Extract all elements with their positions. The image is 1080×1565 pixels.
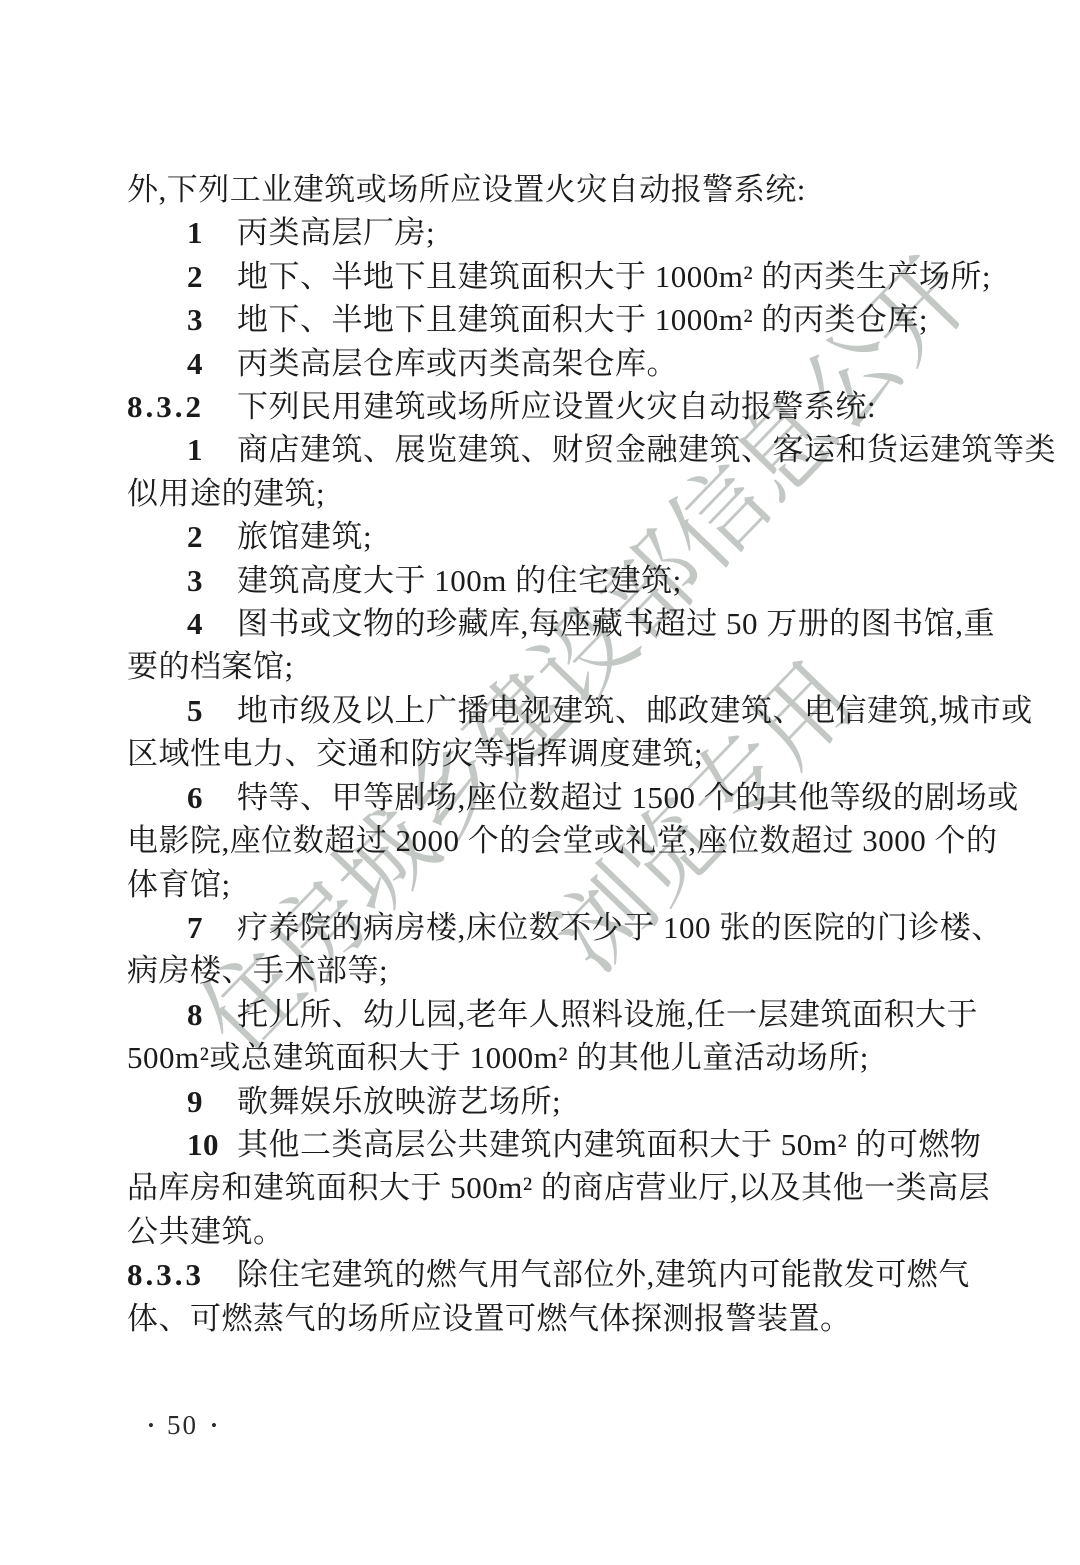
- item-number: 7: [187, 906, 237, 949]
- line-text: 区域性电力、交通和防灾等指挥调度建筑;: [127, 736, 703, 771]
- item-number: 5: [187, 689, 237, 732]
- list-item: 6特等、甲等剧场,座位数超过 1500 个的其他等级的剧场或: [127, 776, 935, 819]
- line-text: 图书或文物的珍藏库,每座藏书超过 50 万册的图书馆,重: [237, 606, 995, 641]
- item-number: 3: [187, 298, 237, 341]
- item-number: 1: [187, 428, 237, 471]
- list-item: 4图书或文物的珍藏库,每座藏书超过 50 万册的图书馆,重: [127, 602, 935, 645]
- paragraph-continuation-line: 病房楼、手术部等;: [127, 949, 935, 992]
- line-text: 品库房和建筑面积大于 500m² 的商店营业厅,以及其他一类高层: [127, 1170, 990, 1205]
- item-number: 4: [187, 602, 237, 645]
- line-text: 公共建筑。: [127, 1214, 285, 1249]
- paragraph-continuation-line: 品库房和建筑面积大于 500m² 的商店营业厅,以及其他一类高层: [127, 1166, 935, 1209]
- item-number: 3: [187, 559, 237, 602]
- line-text: 外,下列工业建筑或场所应设置火灾自动报警系统:: [127, 172, 806, 207]
- line-text: 500m²或总建筑面积大于 1000m² 的其他儿童活动场所;: [127, 1040, 869, 1075]
- paragraph-continuation-line: 要的档案馆;: [127, 645, 935, 688]
- line-text: 丙类高层厂房;: [237, 215, 435, 250]
- item-number: 9: [187, 1080, 237, 1123]
- item-number: 6: [187, 776, 237, 819]
- clause-8-3-3: 8.3.3除住宅建筑的燃气用气部位外,建筑内可能散发可燃气: [127, 1253, 935, 1296]
- paragraph-continuation-line: 外,下列工业建筑或场所应设置火灾自动报警系统:: [127, 168, 935, 211]
- page-footer: • 50 •: [148, 1410, 217, 1441]
- line-text: 特等、甲等剧场,座位数超过 1500 个的其他等级的剧场或: [237, 780, 1019, 815]
- line-text: 要的档案馆;: [127, 649, 294, 684]
- line-text: 建筑高度大于 100m 的住宅建筑;: [237, 563, 682, 598]
- line-text: 商店建筑、展览建筑、财贸金融建筑、客运和货运建筑等类: [237, 432, 1056, 467]
- list-item: 1商店建筑、展览建筑、财贸金融建筑、客运和货运建筑等类: [127, 428, 935, 471]
- line-text: 电影院,座位数超过 2000 个的会堂或礼堂,座位数超过 3000 个的: [127, 823, 998, 858]
- list-item: 5地市级及以上广播电视建筑、邮政建筑、电信建筑,城市或: [127, 689, 935, 732]
- line-text: 托儿所、幼儿园,老年人照料设施,任一层建筑面积大于: [237, 997, 978, 1032]
- item-number: 4: [187, 342, 237, 385]
- footer-left-dot: •: [148, 1417, 154, 1434]
- page-number: 50: [167, 1410, 198, 1441]
- item-number: 8: [187, 993, 237, 1036]
- paragraph-continuation-line: 区域性电力、交通和防灾等指挥调度建筑;: [127, 732, 935, 775]
- clause-number: 8.3.2: [127, 385, 237, 428]
- document-body: 外,下列工业建筑或场所应设置火灾自动报警系统: 1丙类高层厂房; 2地下、半地下…: [127, 168, 935, 1340]
- item-number: 2: [187, 255, 237, 298]
- line-text: 除住宅建筑的燃气用气部位外,建筑内可能散发可燃气: [237, 1257, 970, 1292]
- list-item: 2旅馆建筑;: [127, 515, 935, 558]
- item-number: 1: [187, 211, 237, 254]
- paragraph-continuation-line: 似用途的建筑;: [127, 472, 935, 515]
- line-text: 地下、半地下且建筑面积大于 1000m² 的丙类仓库;: [237, 302, 928, 337]
- document-page: 住房城乡建设部信息公开 浏览专用 外,下列工业建筑或场所应设置火灾自动报警系统:…: [0, 0, 1080, 1565]
- line-text: 其他二类高层公共建筑内建筑面积大于 50m² 的可燃物: [237, 1127, 981, 1162]
- line-text: 体育馆;: [127, 867, 231, 902]
- list-item: 2地下、半地下且建筑面积大于 1000m² 的丙类生产场所;: [127, 255, 935, 298]
- paragraph-continuation-line: 体、可燃蒸气的场所应设置可燃气体探测报警装置。: [127, 1297, 935, 1340]
- list-item: 3地下、半地下且建筑面积大于 1000m² 的丙类仓库;: [127, 298, 935, 341]
- line-text: 地下、半地下且建筑面积大于 1000m² 的丙类生产场所;: [237, 259, 991, 294]
- list-item: 1丙类高层厂房;: [127, 211, 935, 254]
- list-item: 7疗养院的病房楼,床位数不少于 100 张的医院的门诊楼、: [127, 906, 935, 949]
- clause-number: 8.3.3: [127, 1253, 237, 1296]
- paragraph-continuation-line: 电影院,座位数超过 2000 个的会堂或礼堂,座位数超过 3000 个的: [127, 819, 935, 862]
- clause-8-3-2: 8.3.2下列民用建筑或场所应设置火灾自动报警系统:: [127, 385, 935, 428]
- line-text: 病房楼、手术部等;: [127, 953, 388, 988]
- line-text: 旅馆建筑;: [237, 519, 372, 554]
- paragraph-continuation-line: 体育馆;: [127, 863, 935, 906]
- line-text: 歌舞娱乐放映游艺场所;: [237, 1084, 561, 1119]
- line-text: 似用途的建筑;: [127, 476, 325, 511]
- line-text: 体、可燃蒸气的场所应设置可燃气体探测报警装置。: [127, 1301, 852, 1336]
- footer-right-dot: •: [211, 1417, 217, 1434]
- list-item: 9歌舞娱乐放映游艺场所;: [127, 1080, 935, 1123]
- line-text: 下列民用建筑或场所应设置火灾自动报警系统:: [237, 389, 876, 424]
- line-text: 丙类高层仓库或丙类高架仓库。: [237, 346, 678, 381]
- paragraph-continuation-line: 公共建筑。: [127, 1210, 935, 1253]
- list-item: 3建筑高度大于 100m 的住宅建筑;: [127, 559, 935, 602]
- line-text: 地市级及以上广播电视建筑、邮政建筑、电信建筑,城市或: [237, 693, 1033, 728]
- list-item: 4丙类高层仓库或丙类高架仓库。: [127, 342, 935, 385]
- list-item: 10其他二类高层公共建筑内建筑面积大于 50m² 的可燃物: [127, 1123, 935, 1166]
- item-number: 2: [187, 515, 237, 558]
- paragraph-continuation-line: 500m²或总建筑面积大于 1000m² 的其他儿童活动场所;: [127, 1036, 935, 1079]
- item-number: 10: [187, 1123, 237, 1166]
- list-item: 8托儿所、幼儿园,老年人照料设施,任一层建筑面积大于: [127, 993, 935, 1036]
- line-text: 疗养院的病房楼,床位数不少于 100 张的医院的门诊楼、: [237, 910, 1003, 945]
